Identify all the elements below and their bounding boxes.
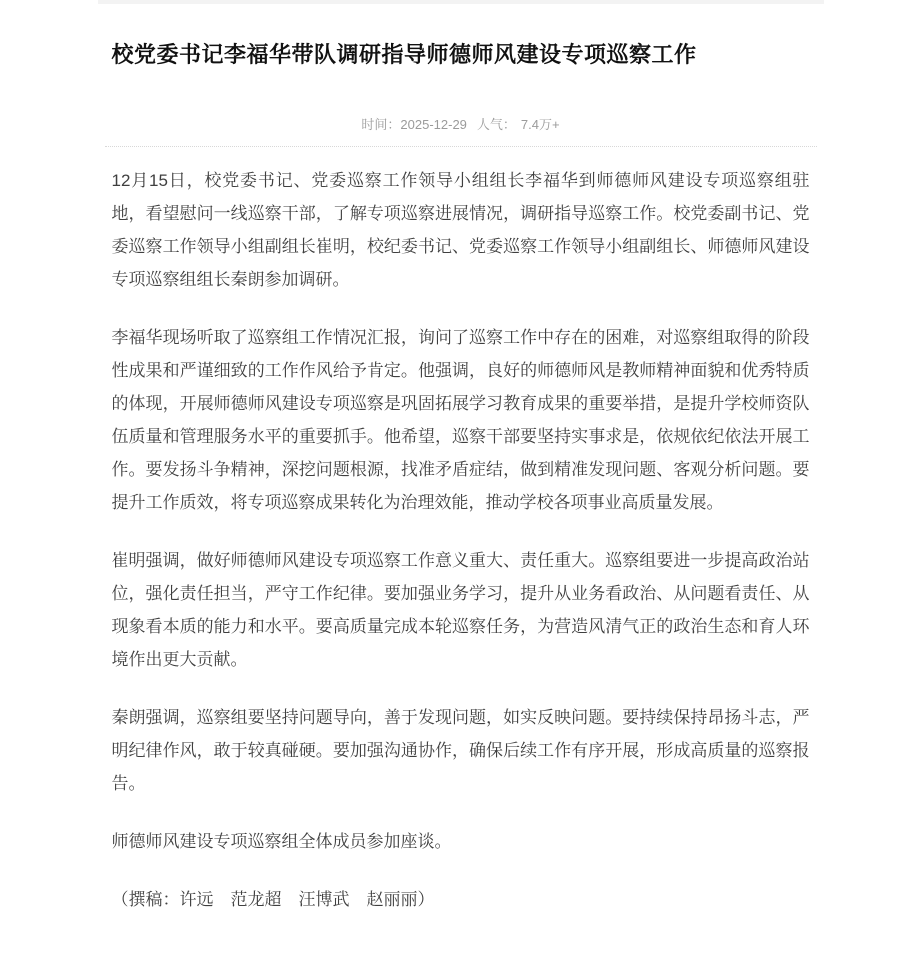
meta-time-value: 2025-12-29: [400, 117, 467, 132]
article-paragraph: 师德师风建设专项巡察组全体成员参加座谈。: [112, 825, 810, 858]
article-paragraph: 崔明强调，做好师德师风建设专项巡察工作意义重大、责任重大。巡察组要进一步提高政治…: [112, 544, 810, 676]
article-body: 12月15日，校党委书记、党委巡察工作领导小组组长李福华到师德师风建设专项巡察组…: [98, 147, 824, 916]
meta-views-value: 7.4万+: [521, 117, 560, 132]
card-top-border: [98, 0, 824, 4]
article-card: 校党委书记李福华带队调研指导师德师风建设专项巡察工作 时间：2025-12-29…: [98, 0, 824, 916]
article-paragraph: 秦朗强调，巡察组要坚持问题导向，善于发现问题，如实反映问题。要持续保持昂扬斗志，…: [112, 701, 810, 800]
article-byline: （撰稿：许远 范龙超 汪博武 赵丽丽）: [112, 883, 810, 916]
meta-views-label: 人气：: [477, 117, 516, 132]
article-paragraph: 李福华现场听取了巡察组工作情况汇报，询问了巡察工作中存在的困难，对巡察组取得的阶…: [112, 321, 810, 519]
article-meta: 时间：2025-12-29人气：7.4万+: [98, 114, 824, 133]
meta-time-label: 时间：: [361, 117, 400, 132]
article-paragraph: 12月15日，校党委书记、党委巡察工作领导小组组长李福华到师德师风建设专项巡察组…: [112, 164, 810, 296]
article-title: 校党委书记李福华带队调研指导师德师风建设专项巡察工作: [112, 40, 810, 70]
